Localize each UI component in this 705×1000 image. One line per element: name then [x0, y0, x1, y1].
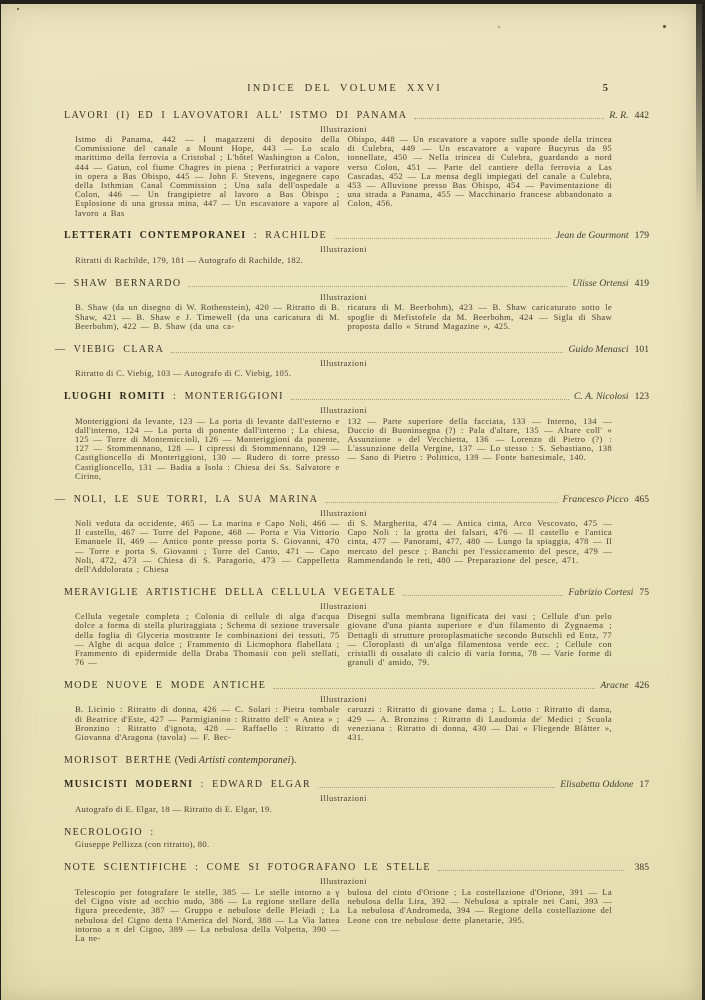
illustrations-label: Illustrazioni — [75, 244, 612, 254]
section-title: NOTE SCIENTIFICHE : COME SI FOTOGRAFANO … — [64, 861, 431, 874]
section-heading: MUSICISTI MODERNI : EDWARD ELGAR Elisabe… — [64, 778, 649, 791]
section-title-text: : MONTERIGGIONI — [166, 391, 284, 402]
section-title-text: — SHAW BERNARDO — [55, 278, 181, 289]
section-body: Noli veduta da occidente, 465 — La marin… — [75, 519, 612, 574]
illustrations-label: Illustrazioni — [75, 508, 612, 518]
section-author: Fabrizio Cortesi — [568, 586, 633, 599]
crossref-pre: (Vedi — [172, 755, 199, 766]
section-necrologio: NECROLOGIO : Giuseppe Pellizza (con ritr… — [64, 826, 649, 850]
dotted-leader — [325, 501, 557, 503]
section-page-ref: 17 — [639, 778, 649, 791]
page-title: INDICE DEL VOLUME XXVI — [52, 83, 637, 94]
illustration-entry: Ritratto di C. Viebig, 103 — Autografo d… — [75, 369, 612, 379]
section-heading: NECROLOGIO : — [64, 826, 649, 839]
section-title: — VIEBIG CLARA — [64, 343, 164, 356]
illustrations-label: Illustrazioni — [75, 793, 612, 803]
column-left: Cellula vegetale completa ; Colonia di c… — [75, 612, 340, 667]
section-author: Aracne — [600, 679, 628, 692]
dotted-leader — [291, 398, 569, 400]
section-noli: — NOLI, LE SUE TORRI, LA SUA MARINA Fran… — [64, 493, 649, 575]
section-title-text: LAVORI (I) ED I LAVOVATORI ALL' ISTMO DI… — [64, 110, 407, 121]
paper-speck — [17, 8, 19, 10]
crossref-name: MORISOT BERTHE — [64, 755, 172, 766]
column-right: di S. Margherita, 474 — Antica cinta, Ar… — [348, 519, 613, 574]
illustration-entry: Giuseppe Pellizza (con ritratto), 80. — [75, 840, 612, 850]
section-title: MERAVIGLIE ARTISTICHE DELLA CELLULA VEGE… — [64, 586, 396, 599]
section-title-text: : RACHILDE — [246, 230, 327, 241]
section-author: Guido Menasci — [568, 343, 628, 356]
section-title-text: — VIEBIG CLARA — [55, 344, 164, 355]
illustration-entry: Autografo di E. Elgar, 18 — Ritratto di … — [75, 805, 612, 815]
section-title: — SHAW BERNARDO — [64, 277, 181, 290]
section-body: Cellula vegetale completa ; Colonia di c… — [75, 612, 612, 667]
section-page-ref: 419 — [635, 277, 649, 290]
section-body: Telescopio per fotografare le stelle, 38… — [75, 888, 612, 943]
section-title: LETTERATI CONTEMPORANEI : RACHILDE — [64, 229, 327, 242]
column-left: B. Licinio : Ritratto di donna, 426 — C.… — [75, 705, 340, 742]
section-title-text: NECROLOGIO : — [64, 827, 155, 838]
column-right: bulosa del cinto d'Orione ; La costellaz… — [348, 888, 613, 943]
section-title-text: MERAVIGLIE ARTISTICHE DELLA CELLULA VEGE… — [64, 587, 396, 598]
paper-speck — [663, 25, 666, 28]
section-body: B. Shaw (da un disegno di W. Rothenstein… — [75, 303, 612, 331]
dotted-leader — [171, 351, 563, 353]
column-left: B. Shaw (da un disegno di W. Rothenstein… — [75, 303, 340, 331]
section-musicisti-elgar: MUSICISTI MODERNI : EDWARD ELGAR Elisabe… — [64, 778, 649, 814]
column-left: Noli veduta da occidente, 465 — La marin… — [75, 519, 340, 574]
page-header: INDICE DEL VOLUME XXVI 5 — [64, 4, 649, 97]
section-lavori-panama: LAVORI (I) ED I LAVOVATORI ALL' ISTMO DI… — [64, 109, 649, 218]
column-left: Telescopio per fotografare le stelle, 38… — [75, 888, 340, 943]
scanned-book-page: { "header": { "title": "INDICE DEL VOLUM… — [0, 0, 705, 1000]
section-heading: MODE NUOVE E MODE ANTICHE Aracne 426 — [64, 679, 649, 692]
section-heading: LAVORI (I) ED I LAVOVATORI ALL' ISTMO DI… — [64, 109, 649, 122]
section-title-text: — NOLI, LE SUE TORRI, LA SUA MARINA — [55, 494, 318, 505]
section-author: C. A. Nicolosi — [574, 390, 629, 403]
scan-edge-shadow — [696, 4, 702, 214]
section-author: Francesco Picco — [563, 493, 629, 506]
column-right: Disegni sulla membrana lignificata dei v… — [348, 612, 613, 667]
dotted-leader — [318, 786, 555, 788]
page-scan-paper: INDICE DEL VOLUME XXVI 5 LAVORI (I) ED I… — [1, 4, 702, 1000]
section-body: Istmo di Panama, 442 — I magazzeni di de… — [75, 135, 612, 218]
section-viebig-clara: — VIEBIG CLARA Guido Menasci 101 Illustr… — [64, 343, 649, 379]
column-right: 132 — Parte superiore della facciata, 13… — [348, 417, 613, 481]
dotted-leader — [438, 869, 624, 871]
section-page-ref: 442 — [635, 109, 649, 122]
column-left: Istmo di Panama, 442 — I magazzeni di de… — [75, 135, 340, 218]
section-luoghi-romiti: LUOGHI ROMITI : MONTERIGGIONI C. A. Nico… — [64, 390, 649, 481]
index-content: INDICE DEL VOLUME XXVI 5 LAVORI (I) ED I… — [64, 4, 649, 943]
section-body: Monteriggioni da levante, 123 — La porta… — [75, 417, 612, 481]
column-right: ricatura di M. Beerbohm), 423 — B. Shaw … — [348, 303, 613, 331]
crossref-post: ). — [291, 755, 297, 766]
section-title: LAVORI (I) ED I LAVOVATORI ALL' ISTMO DI… — [64, 109, 407, 122]
illustrations-label: Illustrazioni — [75, 124, 612, 134]
section-title: LUOGHI ROMITI : MONTERIGGIONI — [64, 390, 284, 403]
section-title: NECROLOGIO : — [64, 826, 155, 839]
section-page-ref: 426 — [635, 679, 649, 692]
dotted-leader — [414, 117, 604, 119]
section-meraviglie-cellula: MERAVIGLIE ARTISTICHE DELLA CELLULA VEGE… — [64, 586, 649, 668]
section-title-bold: LUOGHI ROMITI — [64, 391, 166, 402]
section-heading: LUOGHI ROMITI : MONTERIGGIONI C. A. Nico… — [64, 390, 649, 403]
section-morisot-crossref: MORISOT BERTHE (Vedi Artisti contemporan… — [64, 754, 649, 767]
dotted-leader — [188, 285, 567, 287]
section-page-ref: 179 — [635, 229, 649, 242]
section-page-ref: 465 — [635, 493, 649, 506]
section-title: — NOLI, LE SUE TORRI, LA SUA MARINA — [64, 493, 318, 506]
column-left: Monteriggioni da levante, 123 — La porta… — [75, 417, 340, 481]
illustrations-label: Illustrazioni — [75, 876, 612, 886]
section-title-text: : EDWARD ELGAR — [193, 779, 311, 790]
dotted-leader — [334, 237, 551, 239]
section-page-ref: 101 — [635, 343, 649, 356]
illustrations-label: Illustrazioni — [75, 694, 612, 704]
column-right: caruzzi : Ritratto di giovane dama ; L. … — [348, 705, 613, 742]
illustrations-label: Illustrazioni — [75, 292, 612, 302]
section-title-bold: LETTERATI CONTEMPORANEI — [64, 230, 246, 241]
section-heading: LETTERATI CONTEMPORANEI : RACHILDE Jean … — [64, 229, 649, 242]
section-heading: — SHAW BERNARDO Ulisse Ortensi 419 — [64, 277, 649, 290]
section-heading: MERAVIGLIE ARTISTICHE DELLA CELLULA VEGE… — [64, 586, 649, 599]
section-title-text: MODE NUOVE E MODE ANTICHE — [64, 680, 266, 691]
crossref-target: Artisti contemporanei — [199, 755, 291, 766]
section-page-ref: 123 — [635, 390, 649, 403]
section-title: MODE NUOVE E MODE ANTICHE — [64, 679, 266, 692]
section-title-text: NOTE SCIENTIFICHE : COME SI FOTOGRAFANO … — [64, 862, 431, 873]
section-note-scientifiche: NOTE SCIENTIFICHE : COME SI FOTOGRAFANO … — [64, 861, 649, 943]
section-heading: NOTE SCIENTIFICHE : COME SI FOTOGRAFANO … — [64, 861, 649, 874]
section-title: MUSICISTI MODERNI : EDWARD ELGAR — [64, 778, 311, 791]
section-body: B. Licinio : Ritratto di donna, 426 — C.… — [75, 705, 612, 742]
section-author: R. R. — [609, 109, 628, 122]
illustrations-label: Illustrazioni — [75, 358, 612, 368]
section-letterati-rachilde: LETTERATI CONTEMPORANEI : RACHILDE Jean … — [64, 229, 649, 265]
section-author: Jean de Gourmont — [556, 229, 629, 242]
illustrations-label: Illustrazioni — [75, 405, 612, 415]
section-heading: — NOLI, LE SUE TORRI, LA SUA MARINA Fran… — [64, 493, 649, 506]
section-page-ref: 75 — [639, 586, 649, 599]
section-author: Elisabetta Oddone — [560, 778, 633, 791]
section-heading: — VIEBIG CLARA Guido Menasci 101 — [64, 343, 649, 356]
dotted-leader — [273, 687, 595, 689]
section-page-ref: 385 — [635, 861, 649, 874]
section-author: Ulisse Ortensi — [572, 277, 628, 290]
page-number: 5 — [603, 83, 608, 94]
illustration-entry: Ritratti di Rachilde, 179, 181 — Autogra… — [75, 256, 612, 266]
illustrations-label: Illustrazioni — [75, 601, 612, 611]
dotted-leader — [403, 594, 563, 596]
section-title-bold: MUSICISTI MODERNI — [64, 779, 193, 790]
column-right: Obispo, 448 — Un escavatore a vapore sul… — [348, 135, 613, 218]
section-shaw-bernardo: — SHAW BERNARDO Ulisse Ortensi 419 Illus… — [64, 277, 649, 331]
section-mode: MODE NUOVE E MODE ANTICHE Aracne 426 Ill… — [64, 679, 649, 742]
